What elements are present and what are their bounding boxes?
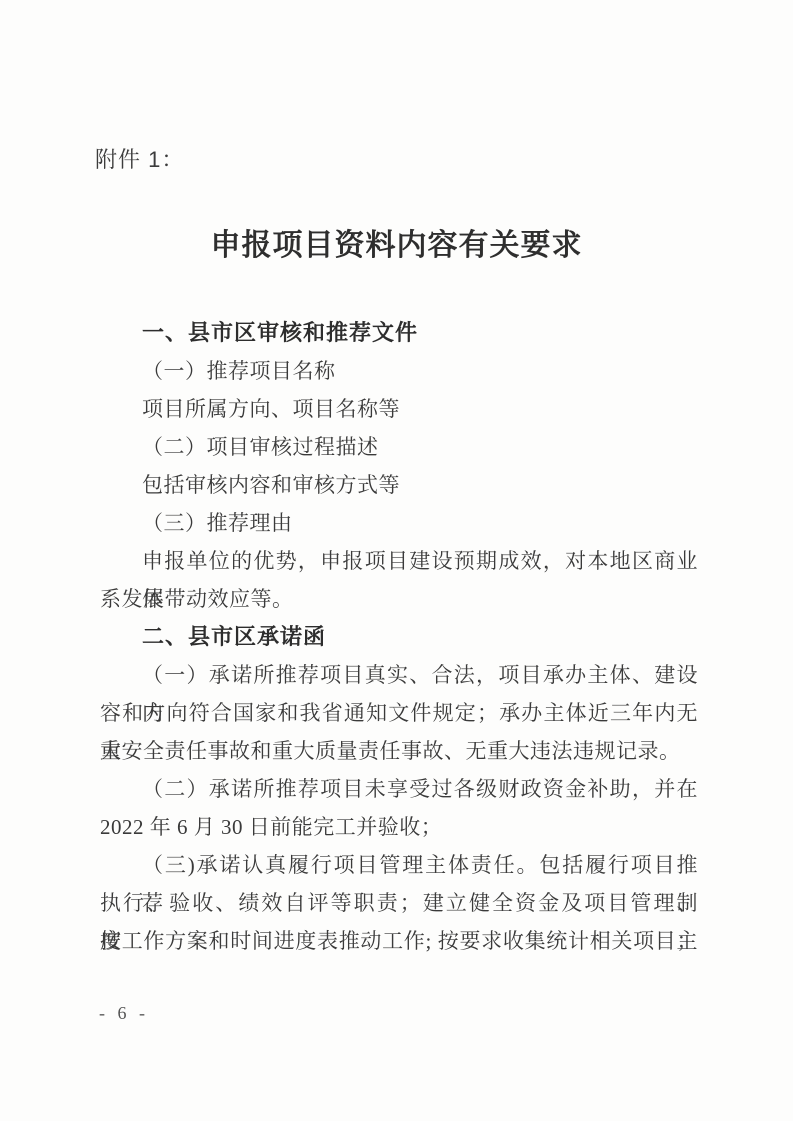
page-number: - 6 - bbox=[99, 1003, 149, 1024]
section-heading-2: 二、县市区承诺函 bbox=[100, 618, 698, 656]
subitem-2-2-line2: 2022 年 6 月 30 日前能完工并验收； bbox=[100, 808, 698, 846]
document-body: 一、县市区审核和推荐文件 （一）推荐项目名称 项目所属方向、项目名称等 （二）项… bbox=[100, 314, 698, 960]
subitem-2-1-line1: （一）承诺所推荐项目真实、合法，项目承办主体、建设内 bbox=[100, 656, 698, 694]
subitem-2-3-line2: 执行、验收、绩效自评等职责；建立健全资金及项目管理制度； bbox=[100, 884, 698, 922]
subitem-2-3-line1: （三)承诺认真履行项目管理主体责任。包括履行项目推荐、 bbox=[100, 846, 698, 884]
document-page: 附件 1： 申报项目资料内容有关要求 一、县市区审核和推荐文件 （一）推荐项目名… bbox=[0, 0, 793, 1121]
subitem-1-2: （二）项目审核过程描述 bbox=[100, 428, 698, 466]
subitem-2-1-line3: 大安全责任事故和重大质量责任事故、无重大违法违规记录。 bbox=[100, 732, 698, 770]
subitem-1-1: （一）推荐项目名称 bbox=[100, 352, 698, 390]
document-title: 申报项目资料内容有关要求 bbox=[0, 220, 793, 264]
attachment-label: 附件 1： bbox=[95, 143, 184, 174]
subitem-1-2-desc: 包括审核内容和审核方式等 bbox=[100, 466, 698, 504]
subitem-2-1-line2: 容和方向符合国家和我省通知文件规定；承办主体近三年内无重 bbox=[100, 694, 698, 732]
subitem-1-3-desc-line1: 申报单位的优势，申报项目建设预期成效，对本地区商业体 bbox=[100, 542, 698, 580]
subitem-2-3-line3: 按工作方案和时间进度表推动工作; 按要求收集统计相关项目主 bbox=[100, 922, 698, 960]
subitem-1-3-desc-line2: 系发展带动效应等。 bbox=[100, 580, 698, 618]
subitem-2-2-line1: （二）承诺所推荐项目未享受过各级财政资金补助，并在 bbox=[100, 770, 698, 808]
section-heading-1: 一、县市区审核和推荐文件 bbox=[100, 314, 698, 352]
subitem-1-3: （三）推荐理由 bbox=[100, 504, 698, 542]
subitem-1-1-desc: 项目所属方向、项目名称等 bbox=[100, 390, 698, 428]
